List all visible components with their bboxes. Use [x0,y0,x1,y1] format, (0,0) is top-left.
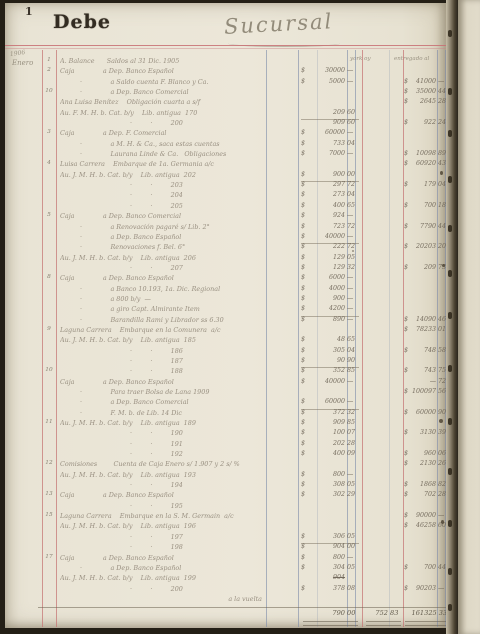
amount-c-cell: $1009889 [404,150,451,157]
day-cell: 4 [43,160,55,166]
totals-rule [38,607,452,608]
ledger-rows: 1A. Balance Saldos al 31 Dic. 19052Caja … [0,57,480,605]
ledger-row: Au. J. M. H. b. Cat. b/y Lib. antigua 20… [0,171,480,181]
debit-header: Debe [53,11,111,33]
amount-a-cell: $30504 [301,347,360,354]
ledger-row: · a giro Capt. Almirante Item$4200— [0,305,480,315]
amount-a-cell: $890— [301,316,360,323]
amount-c-cell: $41000— [404,78,451,85]
ledger-row: 10· · 188$35285$74375 [0,367,480,377]
ledger-row: · a Saldo cuenta F. Blanco y Ca.$5000—$4… [0,78,480,88]
ledger-row: · · 187$9090 [0,357,480,367]
stitch-mark [448,270,452,277]
amount-a-cell: $90000 [301,171,360,178]
amount-a-cell: $90985 [301,419,360,426]
amount-c-cell: $1409046 [404,316,451,323]
description-cell: A. Balance Saldos al 31 Dic. 1905 [60,57,296,65]
ledger-row: · a Renovación pagaré s/ Lib. 2°$72372$7… [0,223,480,233]
amount-a-cell: $20228 [301,440,360,447]
amount-a-cell: $12905 [301,254,360,261]
stitch-mark [448,176,452,183]
stitch-mark [448,520,452,527]
description-cell: · a Dep. Banco Comercial [60,88,316,96]
ledger-row: 1A. Balance Saldos al 31 Dic. 1905 [0,57,480,67]
ledger-row: 10· a Dep. Banco Comercial$3500044 [0,88,480,98]
ledger-row: · a Dep. Banco Español$40000— [0,233,480,243]
amount-c-cell: $10009756 [404,388,451,395]
amount-a-cell: $40000— [301,378,360,385]
ledger-page-scan: 1 Debe Sucursal 1906 Enero york oy entre… [0,0,480,634]
ledger-row: · a Dep. Banco Comercial$60000— [0,398,480,408]
total-amount-b: 75283 [363,609,403,617]
description-cell: Caja a Dep. Banco Comercial [60,212,296,220]
amount-a-cell: $900— [301,295,360,302]
ink-spot [440,171,443,175]
day-cell: 11 [43,419,55,425]
description-cell: · a Dep. Banco Comercial [60,398,316,406]
amount-c-cell: $2020320 [404,243,451,250]
ledger-row: · · 192$40009$96006 [0,450,480,460]
amount-a-cell: $27304 [301,191,360,198]
amount-a-cell: $10007 [301,429,360,436]
total-a-underline [303,621,358,626]
description-cell: · Barandilla Rami y Librador ss 6.30 [60,316,316,324]
amount-a-cell: $35285 [301,367,360,374]
day-cell: 10 [43,88,55,94]
amount-a-cell: 20960 [301,109,360,116]
ink-spot [442,264,445,267]
description-cell: Caja a Dep. Banco Español [60,554,296,562]
ledger-row: Au. J. M. H. b. Cat. b/y Lib. antigua 19… [0,471,480,481]
ledger-row: 15Laguna Carrera Embarque en la S. M. Ge… [0,512,480,522]
description-cell: · a giro Capt. Almirante Item [60,305,316,313]
ledger-row: · Barandilla Rami y Librador ss 6.30$890… [0,316,480,326]
description-cell: · Renovaciones f. Bel. 6° [60,243,316,251]
stitch-mark [448,365,452,372]
ledger-row: Au. J. M. H. b. Cat. b/y Lib. antigua 18… [0,336,480,346]
amount-a-cell: $30000— [301,67,360,74]
amount-a-cell: 90960 [301,119,360,126]
amount-a-cell: $30229 [301,491,360,498]
ledger-row: 4Luisa Carrera Embarque de 1a. Germania … [0,160,480,170]
day-cell: 17 [43,554,55,560]
amount-c-cell: —72 [404,378,451,385]
stitch-mark [448,30,452,37]
description-cell: Comisiones Cuenta de Caja Enero s/ 1.907… [60,460,296,468]
description-cell: · a Dep. Banco Español [60,233,316,241]
day-cell: 13 [43,491,55,497]
ledger-row: · Laurana Linde & Ca. Obligaciones$7000—… [0,150,480,160]
total-c-underline [405,621,450,626]
amount-c-cell: $96006 [404,450,451,457]
ledger-row: · · 194$30805$186882 [0,481,480,491]
description-cell: · F. M. b. de Lib. 14 Dic [60,409,316,417]
ledger-row: a la vuelta [0,595,480,605]
amount-a-cell: $4000— [301,285,360,292]
description-cell: · Laurana Linde & Ca. Obligaciones [60,150,316,158]
ledger-row: 13Caja a Dep. Banco Español$30229$70228 [0,491,480,501]
amount-a-cell: $4865 [301,336,360,343]
amount-c-cell: $6092043 [404,160,451,167]
ledger-row: · · 186$30504$74858 [0,347,480,357]
page-number: 1 [25,5,33,18]
description-cell: Caja a Dep. F. Comercial [60,129,296,137]
ledger-row: Ana Luisa Benítez Obligación cuarta a s/… [0,98,480,108]
description-cell: Au. J. M. H. b. Cat. b/y Lib. antigua 19… [60,471,296,479]
ledger-row: · · 200$37808$90203— [0,585,480,595]
ledger-row: · · 203$29772$17904 [0,181,480,191]
description-cell: · a 800 b/y — [60,295,316,303]
amount-a-cell: $37808 [301,585,360,592]
amount-c-cell: $313039 [404,429,451,436]
description-cell: Au. J. M. H. b. Cat. b/y Lib. antigua 18… [60,336,296,344]
ledger-row: · · 20090960$92224 [0,119,480,129]
ledger-row: Caja a Dep. Banco Español$40000——72 [0,378,480,388]
ledger-row: 17Caja a Dep. Banco Español$800— [0,554,480,564]
description-cell: · a M. H. & Ca., saca estas cuentas [60,140,316,148]
stitch-mark [448,568,452,575]
ledger-row: · Para traer Bolsa de Lana 1909$10009756 [0,388,480,398]
description-cell: · · 195 [60,502,366,510]
amount-a-cell: $9090 [301,357,360,364]
amount-c-cell: $213026 [404,460,451,467]
amount-a-cell: $72372 [301,223,360,230]
stitch-mark [448,88,452,95]
amount-c-cell: $92224 [404,119,451,126]
amount-a-cell: $30405 [301,564,360,571]
ledger-row: · · 197$30605 [0,533,480,543]
ink-spot [352,250,354,252]
amount-c-cell: $6000090 [404,409,451,416]
ledger-row: 3Caja a Dep. F. Comercial$60000— [0,129,480,139]
amount-a-cell: $6000— [301,274,360,281]
total-amount-c: 16132533 [404,609,451,617]
ledger-row: · · 198$90400 [0,543,480,553]
ledger-row: 5Caja a Dep. Banco Comercial$924— [0,212,480,222]
ledger-row: Au. J. M. H. b. Cat. b/y Lib. antigua 19… [0,522,480,532]
day-cell: 5 [43,212,55,218]
amount-a-cell: $800— [301,471,360,478]
amount-c-cell: $264528 [404,98,451,105]
ledger-row: 12Comisiones Cuenta de Caja Enero s/ 1.9… [0,460,480,470]
day-cell: 3 [43,129,55,135]
description-cell: Laguna Carrera Embarque en la S. M. Germ… [60,512,296,520]
amount-c-cell: $4625860 [404,522,451,529]
ledger-row: · a 800 b/y —$900— [0,295,480,305]
ledger-row: Au. J. M. H. b. Cat. b/y Lib. antigua 20… [0,254,480,264]
description-cell: · a Renovación pagaré s/ Lib. 2° [60,223,316,231]
ledger-row: · · 190$10007$313039 [0,429,480,439]
description-cell: Caja a Dep. Banco Español [60,67,296,75]
description-cell: Au. J. M. H. b. Cat. b/y Lib. antigua 18… [60,419,296,427]
amount-c-cell: $90000— [404,512,451,519]
amount-a-cell: $4200— [301,305,360,312]
description-cell: Au. F. M. H. b. Cat. b/y Lib. antigua 17… [60,109,296,117]
stitch-mark [448,130,452,137]
day-cell: 15 [43,512,55,518]
ledger-row: · a M. H. & Ca., saca estas cuentas$7330… [0,140,480,150]
amount-c-cell: $70044 [404,564,451,571]
ledger-row: · · 207$12932$20973 [0,264,480,274]
amount-c-cell: $186882 [404,481,451,488]
amount-a-cell: $30605 [301,533,360,540]
amount-a-cell: $29772 [301,181,360,188]
ledger-row: 8Caja a Dep. Banco Español$6000— [0,274,480,284]
description-cell: Caja a Dep. Banco Español [60,378,296,386]
description-cell: Au. J. M. H. b. Cat. b/y Lib. antigua 20… [60,254,296,262]
description-cell: Au. J. M. H. b. Cat. b/y Lib. antigua 19… [60,574,296,582]
amount-c-cell: $17904 [404,181,451,188]
total-amount-a: 79000 [301,609,360,617]
amount-a-cell: $30805 [301,481,360,488]
ledger-row: · · 191$20228 [0,440,480,450]
ledger-row: 2Caja a Dep. Banco Español$30000— [0,67,480,77]
amount-a-cell: $73304 [301,140,360,147]
description-cell: · Para traer Bolsa de Lana 1909 [60,388,316,396]
day-cell: 8 [43,274,55,280]
amount-a-cell: $60000— [301,129,360,136]
amount-c-cell: $70018 [404,202,451,209]
amount-a-cell: $5000— [301,78,360,85]
description-cell: a la vuelta [60,595,296,603]
day-cell: 9 [43,326,55,332]
stitch-mark [448,312,452,319]
amount-a-cell: $12932 [301,264,360,271]
day-cell: 10 [43,367,55,373]
ledger-row: · · 195 [0,502,480,512]
description-cell: · a Saldo cuenta F. Blanco y Ca. [60,78,316,86]
day-cell: 12 [43,460,55,466]
stitch-mark [448,418,452,425]
description-cell: Laguna Carrera Embarque en la Comunera a… [60,326,296,334]
header-rule-red [5,45,446,46]
amount-a-cell: $40065 [301,202,360,209]
amount-c-cell: $74858 [404,347,451,354]
amount-a-cell: $40009 [301,450,360,457]
description-cell: Caja a Dep. Banco Español [60,274,296,282]
amount-a-cell: $37232 [301,409,360,416]
amount-a-cell: $924— [301,212,360,219]
amount-c-cell: $779044 [404,223,451,230]
description-cell: · a Dep. Banco Español [60,564,316,572]
stitch-mark [448,468,452,475]
amount-a-cell: $90400 [301,543,360,550]
ledger-row: Au. F. M. H. b. Cat. b/y Lib. antigua 17… [0,109,480,119]
amount-c-cell: $70228 [404,491,451,498]
ink-spot [441,520,444,524]
facing-page-edge [458,0,480,634]
ledger-row: 9Laguna Carrera Embarque en la Comunera … [0,326,480,336]
ledger-row: Au. J. M. H. b. Cat. b/y Lib. antigua 19… [0,574,480,584]
day-cell: 2 [43,67,55,73]
ledger-row: · · 204$27304 [0,191,480,201]
ledger-row: 11Au. J. M. H. b. Cat. b/y Lib. antigua … [0,419,480,429]
ledger-row: · Renovaciones f. Bel. 6°$22272$2020320 [0,243,480,253]
ledger-row: · · 205$40065$70018 [0,202,480,212]
amount-c-cell: $74375 [404,367,451,374]
description-cell: Au. J. M. H. b. Cat. b/y Lib. antigua 19… [60,522,296,530]
ledger-row: · a Dep. Banco Español$30405$70044 [0,564,480,574]
amount-a-cell: 904 [301,574,360,581]
day-cell: 1 [43,57,55,63]
totals-row: 79000 75283 16132533 [0,609,480,620]
total-b-underline [366,621,401,626]
amount-a-cell: $40000— [301,233,360,240]
header-rule-red-2 [5,48,446,49]
amount-a-cell: $800— [301,554,360,561]
ledger-row: · F. M. b. de Lib. 14 Dic$37232$6000090 [0,409,480,419]
amount-c-cell: $90203— [404,585,451,592]
ledger-row: · a Banco 10.193, 1a. Dic. Regional$4000… [0,285,480,295]
stitch-mark [448,604,452,611]
stitch-mark [448,225,452,232]
amount-a-cell: $60000— [301,398,360,405]
amount-a-cell: $22272 [301,243,360,250]
description-cell: Caja a Dep. Banco Español [60,491,296,499]
description-cell: Luisa Carrera Embarque de 1a. Germania a… [60,160,296,168]
description-cell: Au. J. M. H. b. Cat. b/y Lib. antigua 20… [60,171,296,179]
description-cell: Ana Luisa Benítez Obligación cuarta a s/… [60,98,296,106]
ink-spot [439,419,443,423]
description-cell: · a Banco 10.193, 1a. Dic. Regional [60,285,316,293]
amount-c-cell: $7823301 [404,326,451,333]
amount-a-cell: $7000— [301,150,360,157]
amount-c-cell: $3500044 [404,88,451,95]
